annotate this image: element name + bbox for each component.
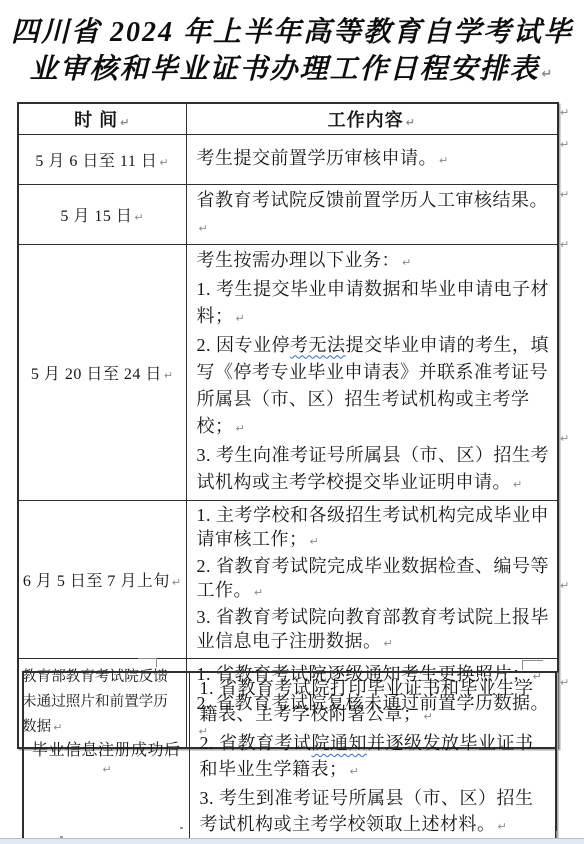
- spellcheck-squiggle: 考无法: [290, 335, 346, 355]
- graduation-followup-table: 毕业信息注册成功后↵ 1. 省教育考试院打印毕业证书和毕业生学籍表、主考学校附署…: [22, 671, 557, 844]
- end-of-row-mark-icon: ↵: [560, 434, 569, 444]
- paragraph-mark-icon: ↵: [159, 156, 169, 169]
- paragraph-mark-icon: ↵: [542, 67, 555, 82]
- header-cell-time: 时 间↵: [18, 103, 186, 134]
- content-cell: 1. 省教育考试院打印毕业证书和毕业生学籍表、主考学校附署公章；↵2. 省教育考…: [189, 672, 556, 843]
- end-of-row-mark-icon: ↵: [560, 678, 569, 688]
- paragraph: 考生按需办理以下业务：↵: [197, 247, 554, 276]
- end-of-row-mark-icon: ↵: [560, 108, 569, 118]
- paragraph: 毕业信息注册成功后↵: [27, 737, 186, 778]
- paragraph: 5 月 6 日至 11 日↵: [22, 148, 183, 171]
- end-of-row-mark-icon: ↵: [560, 190, 569, 200]
- table-row: 5 月 6 日至 11 日↵ 考生提交前置学历审核申请。↵: [18, 134, 558, 184]
- paragraph-mark-icon: ↵: [402, 256, 412, 269]
- paragraph: 1. 考生提交毕业申请数据和毕业申请电子材料；↵: [197, 276, 554, 332]
- content-cell: 考生按需办理以下业务：↵1. 考生提交毕业申请数据和毕业申请电子材料；↵2. 因…: [186, 244, 558, 500]
- paragraph: 1. 主考学校和各级招生考试机构完成毕业申请审核工作；↵: [197, 503, 554, 554]
- document-page: 四川省 2024 年上半年高等教育自学考试毕 业审核和毕业证书办理工作日程安排表…: [0, 0, 584, 844]
- paragraph: 6 月 5 日至 7 月上旬↵: [22, 568, 183, 591]
- content-cell: 省教育考试院反馈前置学历人工审核结果。↵: [186, 184, 558, 244]
- paragraph-mark-icon: ↵: [102, 763, 112, 776]
- table-header-row: 时 间↵ 工作内容↵: [18, 103, 558, 134]
- content-cell: 考生提交前置学历审核申请。↵: [186, 134, 558, 184]
- table-row: 6 月 5 日至 7 月上旬↵ 1. 主考学校和各级招生考试机构完成毕业申请审核…: [18, 500, 558, 658]
- end-of-row-mark-icon: ↵: [560, 140, 569, 150]
- paragraph-mark-icon: ↵: [310, 535, 320, 548]
- table-row: 5 月 20 日至 24 日↵ 考生按需办理以下业务：↵1. 考生提交毕业申请数…: [18, 244, 558, 500]
- spellcheck-squiggle: 院通知: [312, 733, 368, 753]
- paragraph-mark-icon: ↵: [498, 820, 508, 833]
- paragraph: 考生提交前置学历审核申请。↵: [197, 145, 554, 174]
- paragraph: 1. 省教育考试院打印毕业证书和毕业生学籍表、主考学校附署公章；↵: [200, 675, 552, 730]
- end-of-row-mark-icon: ↵: [560, 581, 569, 591]
- table-corner-mark: [138, 658, 157, 667]
- paragraph-mark-icon: ↵: [236, 422, 246, 435]
- paragraph-mark-icon: ↵: [384, 637, 394, 650]
- table-row: 5 月 15 日↵ 省教育考试院反馈前置学历人工审核结果。↵: [18, 184, 558, 244]
- paragraph: 2. 省教育考试院完成毕业数据检查、编号等工作。↵: [197, 554, 554, 605]
- paragraph: 3. 考生向准考证号所属县（市、区）招生考试机构或主考学校提交毕业证明申请。↵: [197, 442, 554, 498]
- paragraph: 5 月 15 日↵: [22, 203, 183, 226]
- paragraph-mark-icon: ↵: [350, 765, 360, 778]
- paragraph-mark-icon: ↵: [199, 222, 209, 235]
- paragraph: 3. 省教育考试院向教育部教育考试院上报毕业信息电子注册数据。↵: [197, 605, 554, 656]
- paragraph-mark-icon: ↵: [172, 576, 182, 589]
- paragraph: 2. 因专业停考无法提交毕业申请的考生，填写《停考专业毕业申请表》并联系准考证号…: [197, 332, 554, 442]
- paragraph-mark-icon: ↵: [134, 211, 144, 224]
- time-cell: 5 月 15 日↵: [18, 184, 186, 244]
- time-cell: 毕业信息注册成功后↵: [23, 672, 189, 843]
- time-cell: 6 月 5 日至 7 月上旬↵: [18, 500, 186, 658]
- paragraph: 2. 省教育考试院通知并逐级发放毕业证书和毕业生学籍表；↵: [200, 730, 552, 785]
- paragraph-mark-icon: ↵: [120, 116, 130, 129]
- paragraph-mark-icon: ↵: [406, 116, 416, 129]
- paragraph-mark-icon: ↵: [164, 369, 174, 382]
- table-corner-mark: [522, 660, 543, 670]
- paragraph-mark-icon: ↵: [439, 154, 449, 167]
- time-cell: 5 月 6 日至 11 日↵: [18, 134, 186, 184]
- schedule-table: 时 间↵ 工作内容↵ 5 月 6 日至 11 日↵ 考生提交前置学历审核申请。↵…: [17, 102, 559, 749]
- paragraph-mark-icon: ↵: [424, 710, 434, 723]
- content-cell: 1. 主考学校和各级招生考试机构完成毕业申请审核工作；↵2. 省教育考试院完成毕…: [186, 500, 558, 658]
- time-cell: 5 月 20 日至 24 日↵: [18, 244, 186, 500]
- paragraph: 5 月 20 日至 24 日↵: [22, 361, 183, 384]
- table-row: 毕业信息注册成功后↵ 1. 省教育考试院打印毕业证书和毕业生学籍表、主考学校附署…: [23, 672, 556, 843]
- end-of-row-mark-icon: ↵: [560, 240, 569, 250]
- paragraph: 省教育考试院反馈前置学历人工审核结果。↵: [197, 187, 554, 242]
- title-line-1: 四川省 2024 年上半年高等教育自学考试毕: [0, 14, 584, 51]
- window-bottom-strip: [0, 838, 584, 844]
- paragraph-mark-icon: ↵: [513, 478, 523, 491]
- ruler-tick: [180, 827, 183, 829]
- header-cell-content: 工作内容↵: [186, 103, 558, 134]
- paragraph-mark-icon: ↵: [236, 312, 246, 325]
- paragraph-mark-icon: ↵: [254, 586, 264, 599]
- title-line-2: 业审核和毕业证书办理工作日程安排表↵: [0, 51, 584, 93]
- paragraph: 3. 考生到准考证号所属县（市、区）招生考试机构或主考学校领取上述材料。↵: [200, 785, 552, 840]
- document-title: 四川省 2024 年上半年高等教育自学考试毕 业审核和毕业证书办理工作日程安排表…: [0, 14, 584, 93]
